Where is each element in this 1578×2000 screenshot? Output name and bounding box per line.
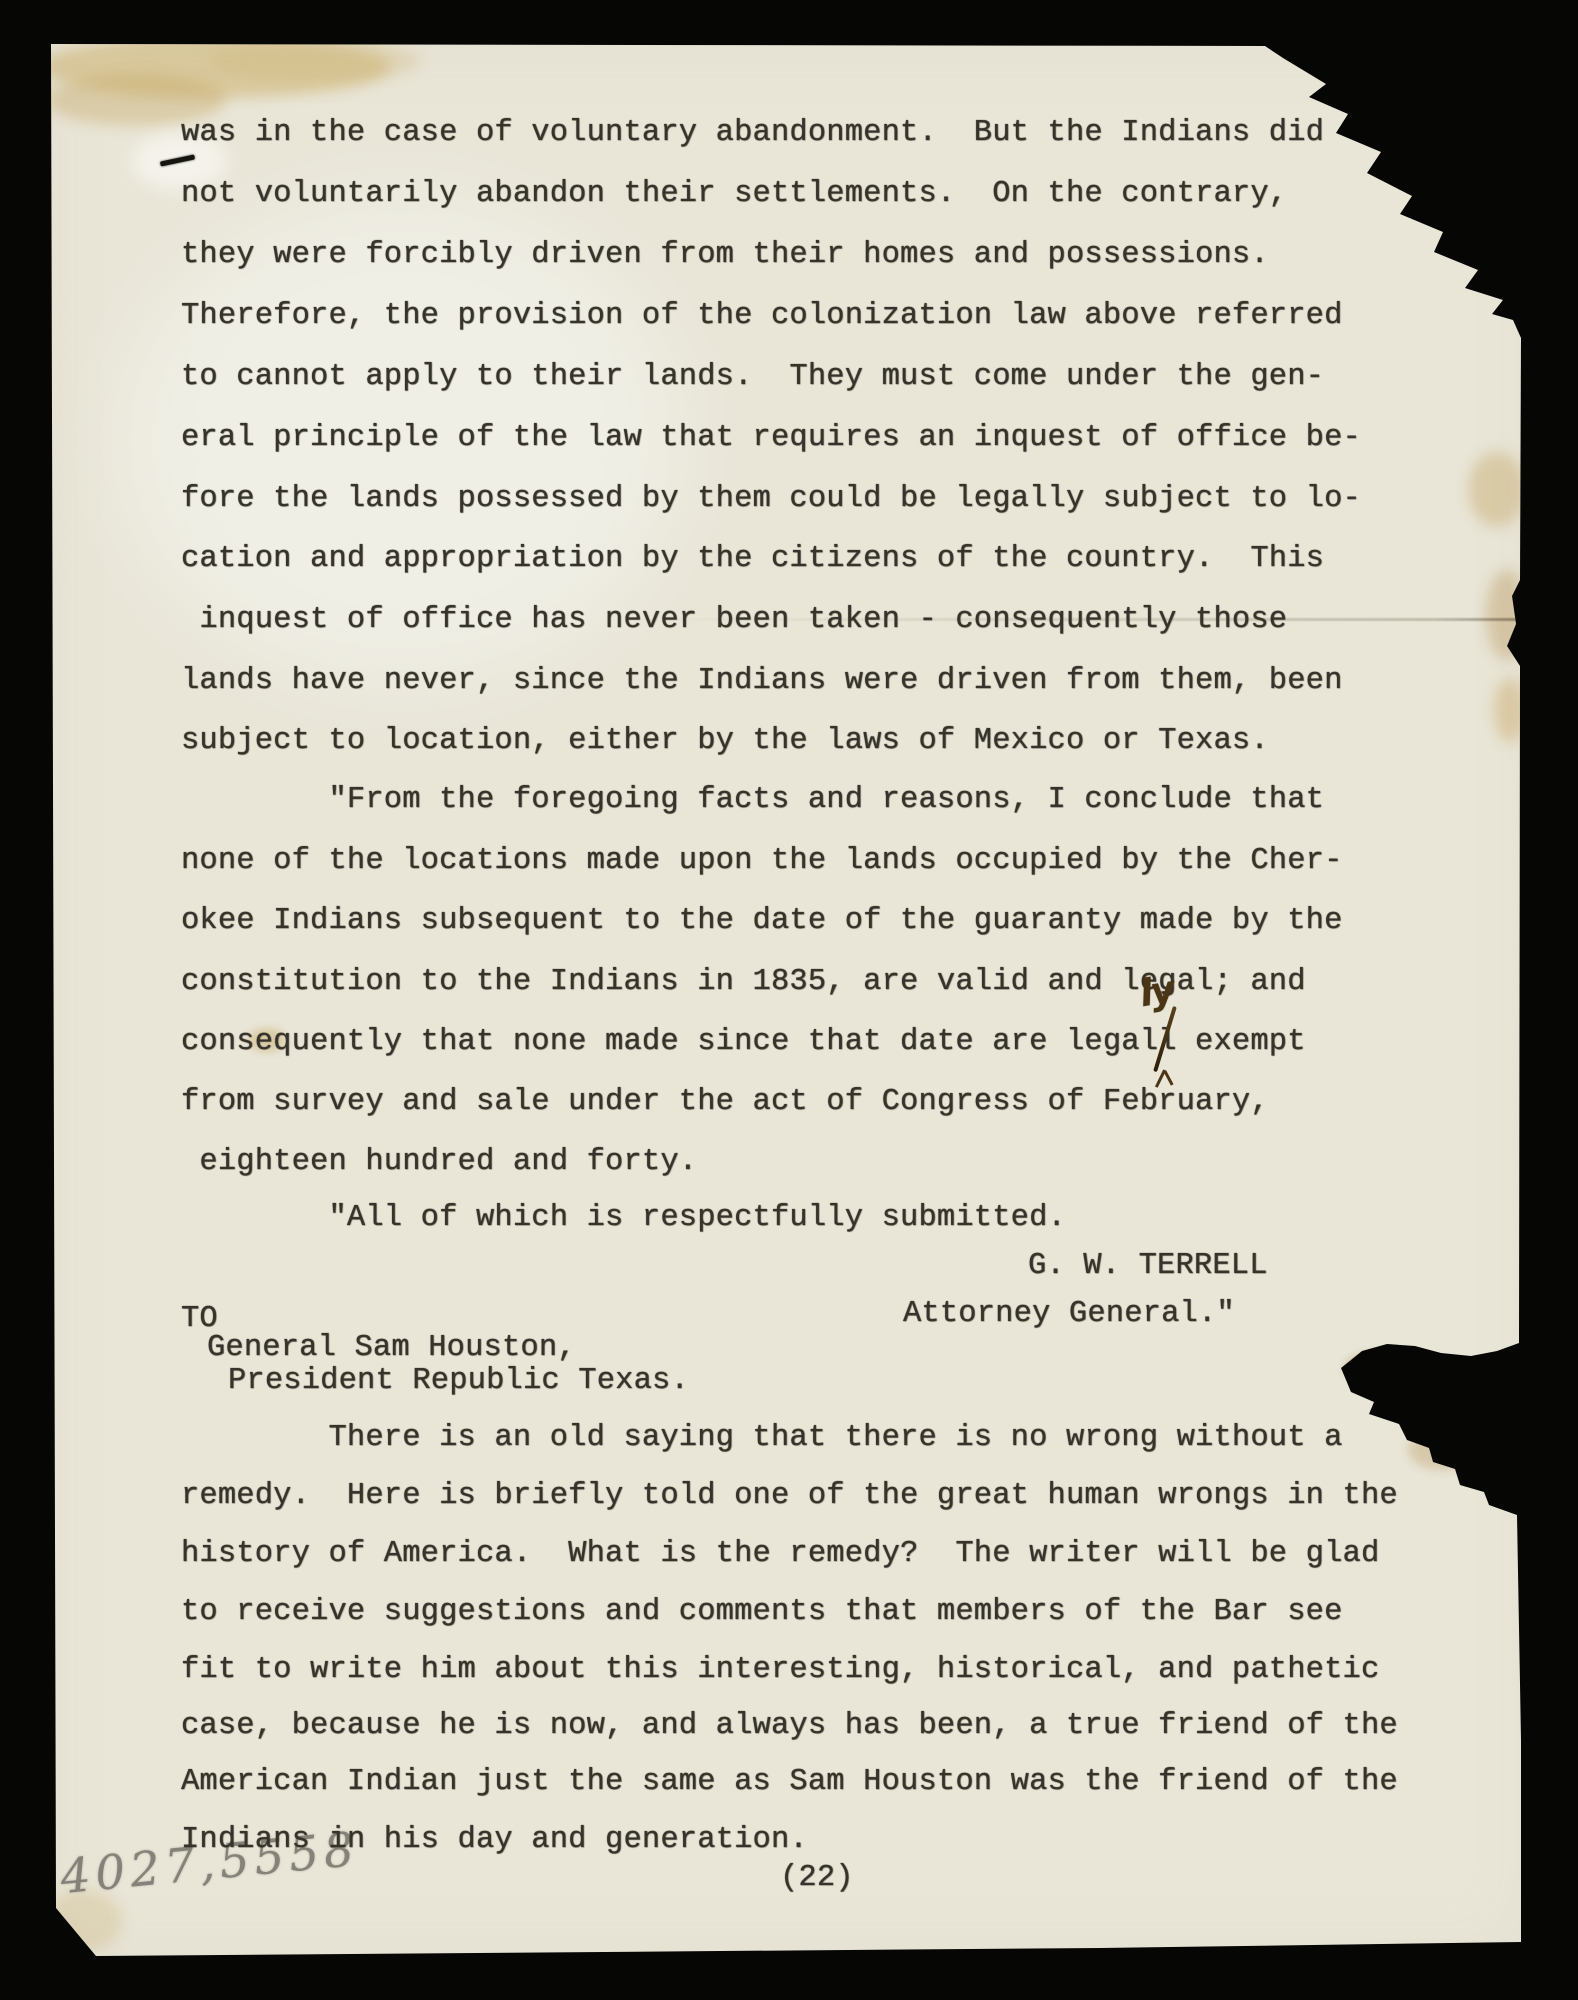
stain (1494, 678, 1526, 742)
typed-line: constitution to the Indians in 1835, are… (181, 962, 1306, 1002)
scan-background: { "page": { "default_x": 181, "correctio… (0, 0, 1578, 2000)
typed-line: none of the locations made upon the land… (181, 841, 1343, 881)
typed-line: American Indian just the same as Sam Hou… (181, 1762, 1398, 1802)
typed-line: case, because he is now, and always has … (181, 1706, 1398, 1746)
typed-line: "From the foregoing facts and reasons, I… (181, 780, 1324, 820)
typed-line: from survey and sale under the act of Co… (181, 1082, 1269, 1122)
handwritten-slash-mark (1153, 1006, 1176, 1072)
typed-line: lands have never, since the Indians were… (181, 661, 1343, 701)
overstruck-char: lly (1158, 1022, 1176, 1062)
stain (40, 36, 390, 98)
typed-line: There is an old saying that there is no … (181, 1418, 1343, 1458)
typed-line: history of America. What is the remedy? … (181, 1534, 1379, 1574)
typed-line: "All of which is respectfully submitted. (181, 1198, 1066, 1238)
signature-title: Attorney General." (903, 1294, 1235, 1334)
page-number: (22) (780, 1858, 854, 1898)
typed-line: okee Indians subsequent to the date of t… (181, 901, 1343, 941)
stain (210, 40, 420, 82)
typed-line: eral principle of the law that requires … (181, 418, 1361, 458)
typed-line: eighteen hundred and forty. (181, 1142, 697, 1182)
typed-line: was in the case of voluntary abandonment… (181, 113, 1324, 153)
typed-line: subject to location, either by the laws … (181, 721, 1269, 761)
stain (1344, 1352, 1408, 1384)
typed-line: fit to write him about this interesting,… (181, 1650, 1379, 1690)
paper: 4027,5558 was in the case of voluntary a… (0, 0, 1578, 2000)
typed-line: Indians in his day and generation. (181, 1820, 808, 1860)
typed-line: consequently that none made since that d… (181, 1022, 1306, 1062)
handwritten-insertion: ly (1137, 970, 1176, 1015)
typed-line: inquest of office has never been taken -… (181, 600, 1287, 640)
stain (1468, 452, 1526, 527)
typed-line: fore the lands possessed by them could b… (181, 479, 1361, 519)
address-line: President Republic Texas. (228, 1361, 689, 1401)
typed-line: to receive suggestions and comments that… (181, 1592, 1343, 1632)
typed-line: not voluntarily abandon their settlement… (181, 174, 1287, 214)
typed-line: Therefore, the provision of the coloniza… (181, 296, 1343, 336)
typed-line: they were forcibly driven from their hom… (181, 235, 1269, 275)
signature-name: G. W. TERRELL (1028, 1246, 1268, 1286)
ink-dash-mark (160, 154, 195, 166)
stain (1486, 570, 1528, 660)
typed-line: remedy. Here is briefly told one of the … (181, 1476, 1398, 1516)
typed-line: cation and appropriation by the citizens… (181, 539, 1324, 579)
typed-line: to cannot apply to their lands. They mus… (181, 357, 1324, 397)
stain (1408, 1430, 1480, 1470)
